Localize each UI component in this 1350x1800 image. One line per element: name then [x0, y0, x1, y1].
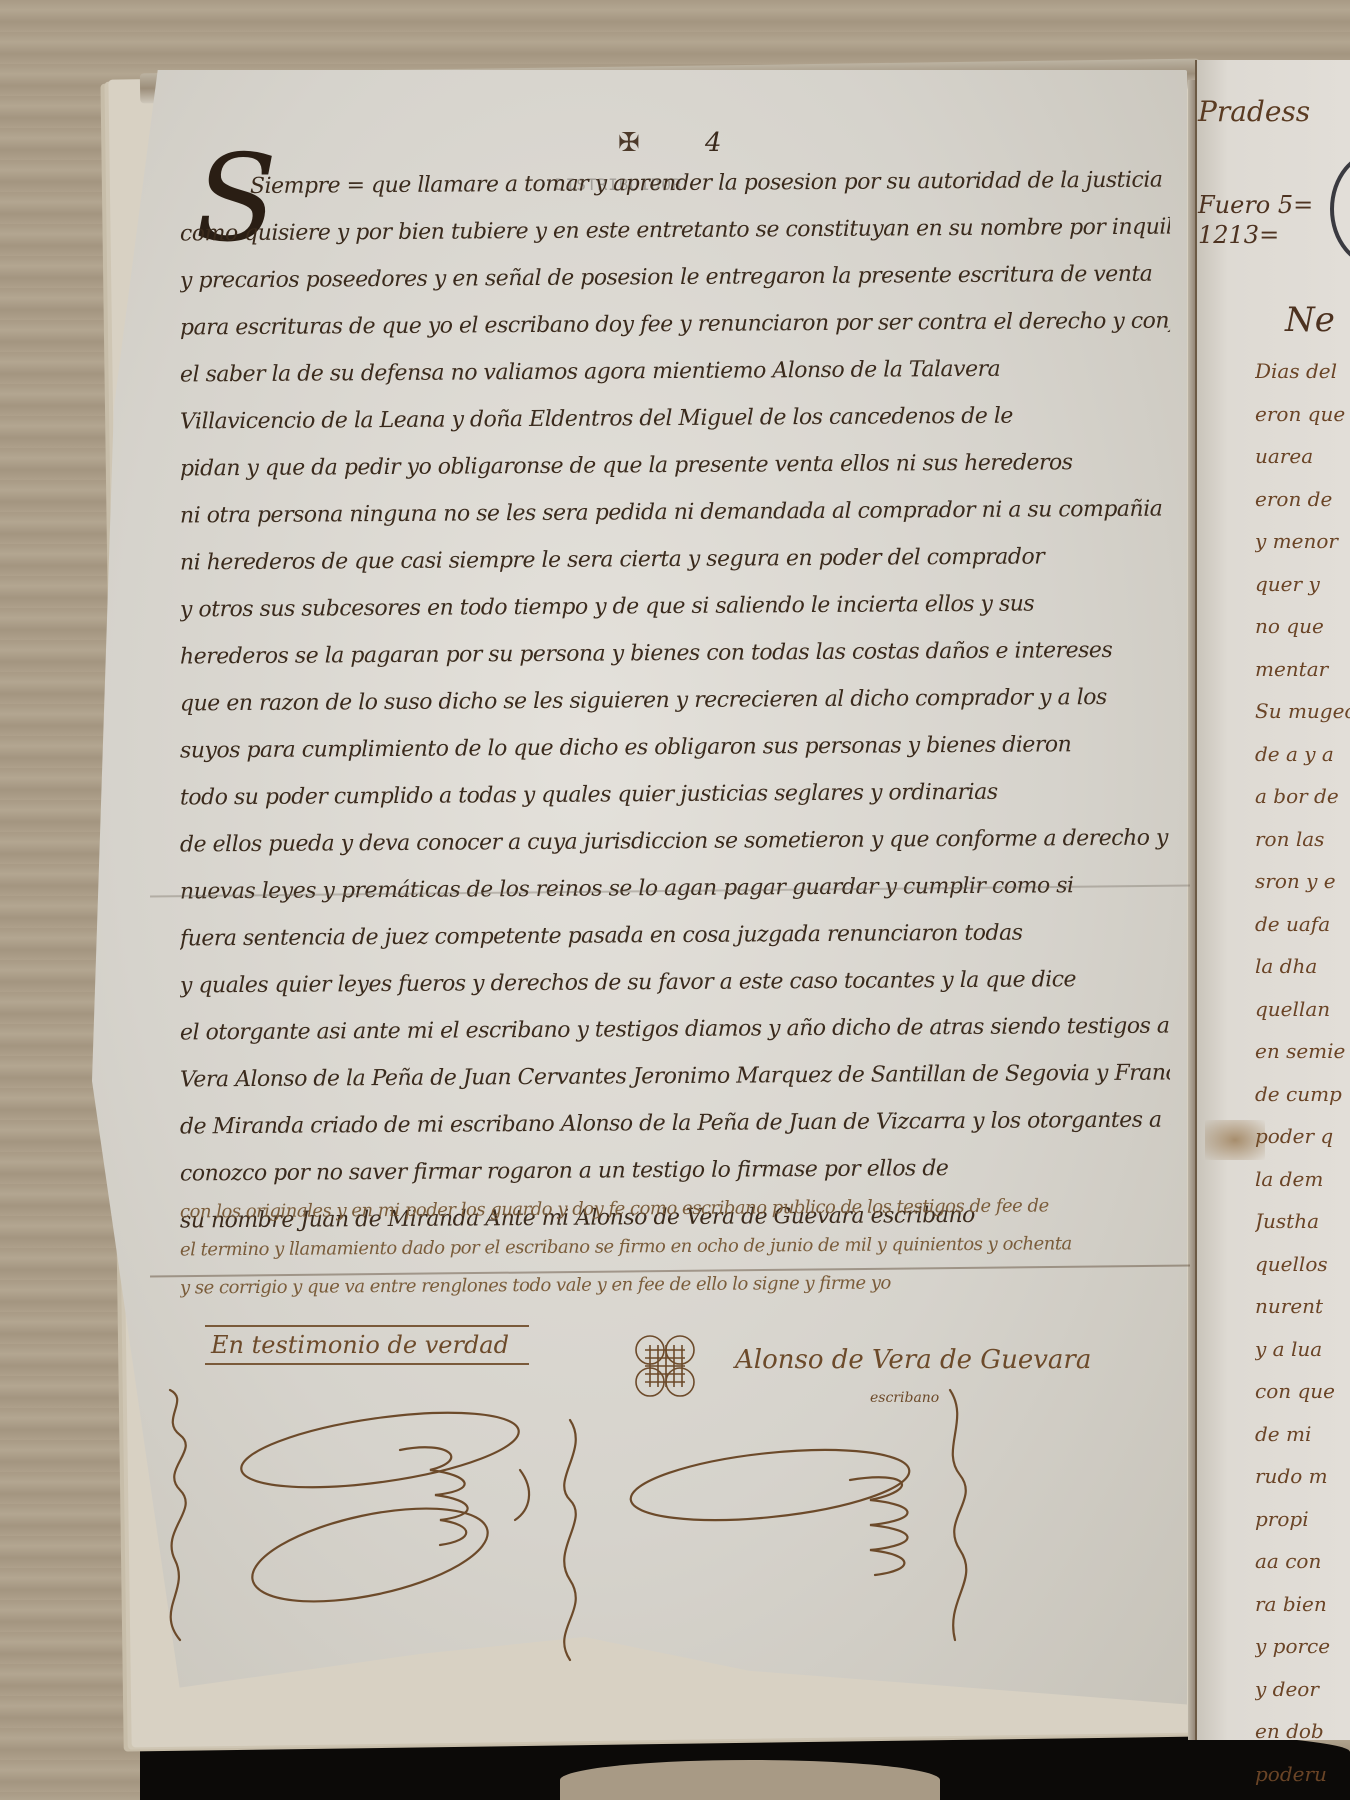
text-line: de ellos pueda y deva conocer a cuya jur…: [180, 815, 1170, 869]
cross-symbol: ✠: [618, 128, 640, 158]
right-text-line: de cump: [1255, 1073, 1350, 1116]
right-text-line: uarea: [1255, 435, 1350, 478]
text-line: nuevas leyes y premáticas de los reinos …: [180, 862, 1170, 916]
right-text-line: en dob: [1255, 1710, 1350, 1753]
text-line: suyos para cumplimiento de lo que dicho …: [180, 721, 1170, 775]
right-text-line: aa con: [1255, 1540, 1350, 1583]
text-line: el saber la de su defensa no valiamos ag…: [180, 345, 1170, 399]
closing-line: y se corrigio y que va entre renglones t…: [180, 1263, 1180, 1308]
cardboard-gap: [560, 1760, 940, 1800]
text-line: y quales quier leyes fueros y derechos d…: [180, 956, 1170, 1010]
right-text-line: de mi: [1255, 1413, 1350, 1456]
text-line: el otorgante asi ante mi el escribano y …: [180, 1003, 1170, 1057]
text-line: y precarios poseedores y en señal de pos…: [180, 251, 1170, 305]
right-text-line: propi: [1255, 1498, 1350, 1541]
right-text-line: ra bien: [1255, 1583, 1350, 1626]
text-line: Vera Alonso de la Peña de Juan Cervantes…: [180, 1050, 1170, 1104]
right-text-line: poder q: [1255, 1115, 1350, 1158]
right-text-line: eron que: [1255, 393, 1350, 436]
right-text-line: no que: [1255, 605, 1350, 648]
text-line: fuera sentencia de juez competente pasad…: [180, 909, 1170, 963]
right-text-line: de a y a: [1255, 733, 1350, 776]
right-text-line: y porce: [1255, 1625, 1350, 1668]
right-text-line: rudo m: [1255, 1455, 1350, 1498]
right-text-line: y deor: [1255, 1668, 1350, 1711]
text-line: todo su poder cumplido a todas y quales …: [180, 768, 1170, 822]
right-text-line: y a lua: [1255, 1328, 1350, 1371]
reference-line: 1213=: [1198, 220, 1313, 250]
text-line: como quisiere y por bien tubiere y en es…: [180, 204, 1170, 258]
right-text-line: con que: [1255, 1370, 1350, 1413]
closing-notarial-text: con los originales y en mi poder los gua…: [180, 1190, 1180, 1304]
right-page-initial: Ne: [1285, 300, 1335, 340]
text-line: herederos se la pagaran por su persona y…: [180, 627, 1170, 681]
right-text-line: mentar: [1255, 648, 1350, 691]
right-text-line: quer y: [1255, 563, 1350, 606]
right-text-line: en semie: [1255, 1030, 1350, 1073]
text-line: Siempre = que llamare a tomar y aprender…: [180, 157, 1170, 211]
right-page-text: Dias del eron que uarea eron de y menor …: [1255, 350, 1350, 1795]
right-page-header: Pradess: [1198, 95, 1310, 128]
right-text-line: la dha: [1255, 945, 1350, 988]
right-text-line: de uafa: [1255, 903, 1350, 946]
right-text-line: nurent: [1255, 1285, 1350, 1328]
right-text-line: Justha: [1255, 1200, 1350, 1243]
text-line: pidan y que da pedir yo obligaronse de q…: [180, 439, 1170, 493]
text-line: para escrituras de que yo el escribano d…: [180, 298, 1170, 352]
right-text-line: Su mugeo: [1255, 690, 1350, 733]
text-line: Villavicencio de la Leana y doña Eldentr…: [180, 392, 1170, 446]
reference-line: Fuero 5=: [1198, 190, 1313, 220]
right-text-line: la dem: [1255, 1158, 1350, 1201]
text-line: y otros sus subcesores en todo tiempo y …: [180, 580, 1170, 634]
right-text-line: y menor: [1255, 520, 1350, 563]
text-line: ni herederos de que casi siempre le sera…: [180, 533, 1170, 587]
folio-number: 4: [705, 128, 722, 158]
signature-rubric-flourishes: [150, 1380, 1050, 1680]
right-text-line: Dias del: [1255, 350, 1350, 393]
notary-signature: Alonso de Vera de Guevara: [735, 1345, 1091, 1375]
main-text-block: Siempre = que llamare a tomar y aprender…: [180, 160, 1170, 1241]
text-line: que en razon de lo suso dicho se les sig…: [180, 674, 1170, 728]
right-page-reference: Fuero 5= 1213=: [1198, 190, 1313, 250]
right-text-line: eron de: [1255, 478, 1350, 521]
right-text-line: quellan: [1255, 988, 1350, 1031]
right-text-line: a bor de: [1255, 775, 1350, 818]
text-line: ni otra persona ninguna no se les sera p…: [180, 486, 1170, 540]
right-text-line: sron y e: [1255, 860, 1350, 903]
text-line: de Miranda criado de mi escribano Alonso…: [180, 1097, 1170, 1151]
right-text-line: quellos: [1255, 1243, 1350, 1286]
right-text-line: poderu: [1255, 1753, 1350, 1796]
right-text-line: ron las: [1255, 818, 1350, 861]
ink-stain: [1205, 1120, 1265, 1160]
testimony-label: En testimonio de verdad: [205, 1325, 529, 1365]
